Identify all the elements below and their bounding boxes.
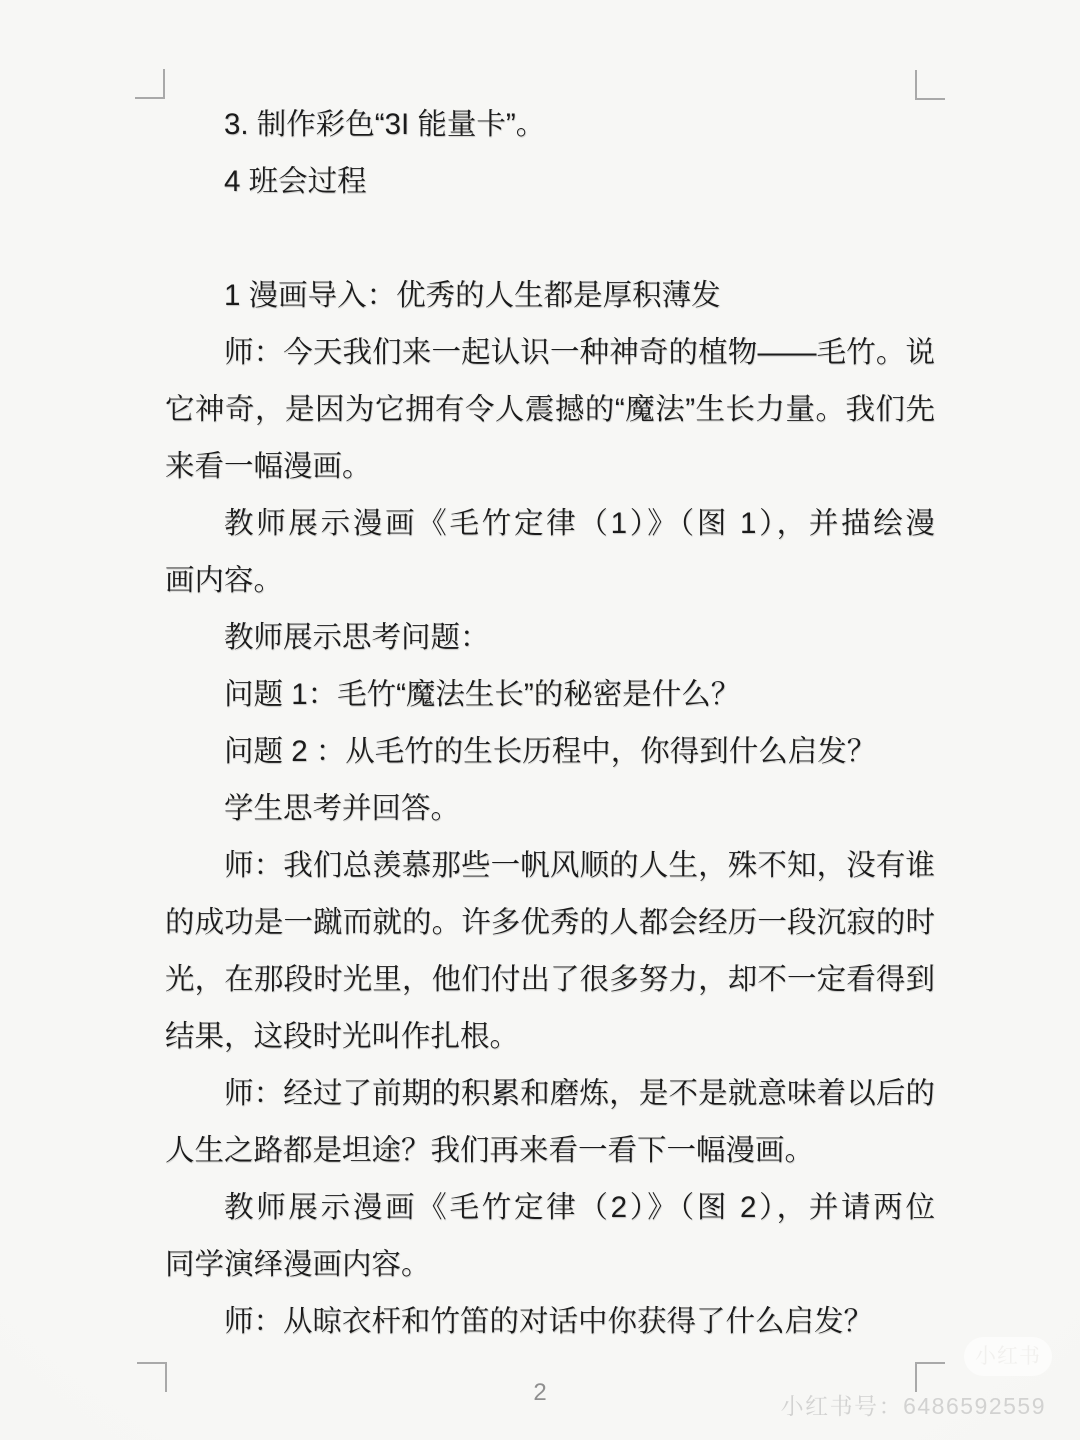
text-line: 结果，这段时光叫作扎根。: [165, 1008, 935, 1065]
text-line: 教师展示漫画《毛竹定律（1）》（图 1），并描绘漫: [165, 495, 935, 552]
document-page: 3. 制作彩色“3I 能量卡”。4 班会过程1 漫画导入：优秀的人生都是厚积薄发…: [0, 0, 1080, 1440]
text-line: 问题 2 ：从毛竹的生长历程中，你得到什么启发？: [165, 723, 935, 780]
text-line: 教师展示思考问题：: [165, 609, 935, 666]
text-line: 教师展示漫画《毛竹定律（2）》（图 2），并请两位: [165, 1179, 935, 1236]
text-line: 同学演绎漫画内容。: [165, 1236, 935, 1293]
text-line: 画内容。: [165, 552, 935, 609]
text-line: 师：今天我们来一起认识一种神奇的植物——毛竹。说: [165, 324, 935, 381]
blank-line: [165, 210, 935, 267]
text-line: 1 漫画导入：优秀的人生都是厚积薄发: [165, 267, 935, 324]
text-line: 来看一幅漫画。: [165, 438, 935, 495]
document-body: 3. 制作彩色“3I 能量卡”。4 班会过程1 漫画导入：优秀的人生都是厚积薄发…: [165, 96, 935, 1350]
text-line: 问题 1：毛竹“魔法生长”的秘密是什么？: [165, 666, 935, 723]
text-line: 学生思考并回答。: [165, 780, 935, 837]
text-line: 人生之路都是坦途？我们再来看一看下一幅漫画。: [165, 1122, 935, 1179]
text-line: 的成功是一蹴而就的。许多优秀的人都会经历一段沉寂的时: [165, 894, 935, 951]
text-line: 光，在那段时光里，他们付出了很多努力，却不一定看得到: [165, 951, 935, 1008]
xiaohongshu-logo-watermark: 小红书: [964, 1337, 1052, 1376]
xiaohongshu-logo-text: 小红书: [975, 1345, 1041, 1368]
xiaohongshu-account-watermark: 小红书号：6486592559: [781, 1388, 1046, 1421]
text-line: 3. 制作彩色“3I 能量卡”。: [165, 96, 935, 153]
text-line: 师：经过了前期的积累和磨炼，是不是就意味着以后的: [165, 1065, 935, 1122]
text-line: 师：我们总羡慕那些一帆风顺的人生，殊不知，没有谁: [165, 837, 935, 894]
text-boundary-mark-top-left: [135, 69, 165, 99]
text-line: 4 班会过程: [165, 153, 935, 210]
text-line: 它神奇，是因为它拥有令人震撼的“魔法”生长力量。我们先: [165, 381, 935, 438]
text-line: 师：从晾衣杆和竹笛的对话中你获得了什么启发？: [165, 1293, 935, 1350]
